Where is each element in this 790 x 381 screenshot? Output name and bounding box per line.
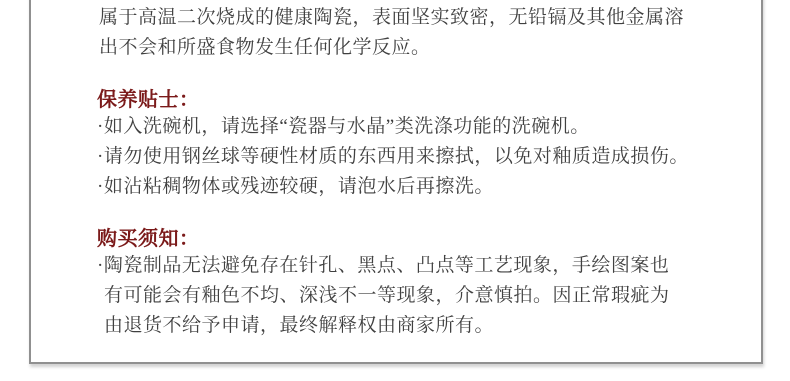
- purchase-note-line-3: 由退货不给予申请，最终解释权由商家所有。: [97, 311, 747, 341]
- care-tips-list: ·如入洗碗机，请选择“瓷器与水晶”类洗涤功能的洗碗机。 ·请勿使用钢丝球等硬性材…: [97, 112, 747, 202]
- product-description-content: 属于高温二次烧成的健康陶瓷，表面坚实致密，无铅镉及其他金属溶 出不会和所盛食物发…: [97, 3, 747, 341]
- care-tip-steel-wool: ·请勿使用钢丝球等硬性材质的东西用来擦拭，以免对釉质造成损伤。: [97, 142, 747, 172]
- care-tip-soak: ·如沾粘稠物体或残迹较硬，请泡水后再擦洗。: [97, 172, 747, 202]
- intro-line-2: 出不会和所盛食物发生任何化学反应。: [97, 33, 747, 63]
- intro-paragraph: 属于高温二次烧成的健康陶瓷，表面坚实致密，无铅镉及其他金属溶 出不会和所盛食物发…: [97, 3, 747, 63]
- intro-line-1: 属于高温二次烧成的健康陶瓷，表面坚实致密，无铅镉及其他金属溶: [97, 3, 747, 33]
- purchase-note-line-1: ·陶瓷制品无法避免存在针孔、黑点、凸点等工艺现象，手绘图案也: [97, 251, 747, 281]
- purchase-note-line-2: 有可能会有釉色不均、深浅不一等现象，介意慎拍。因正常瑕疵为: [97, 281, 747, 311]
- care-tip-dishwasher: ·如入洗碗机，请选择“瓷器与水晶”类洗涤功能的洗碗机。: [97, 112, 747, 142]
- purchase-notes-paragraph: ·陶瓷制品无法避免存在针孔、黑点、凸点等工艺现象，手绘图案也 有可能会有釉色不均…: [97, 251, 747, 341]
- purchase-notes-heading: 购买须知：: [97, 227, 747, 251]
- care-tips-heading: 保养贴士：: [97, 88, 747, 112]
